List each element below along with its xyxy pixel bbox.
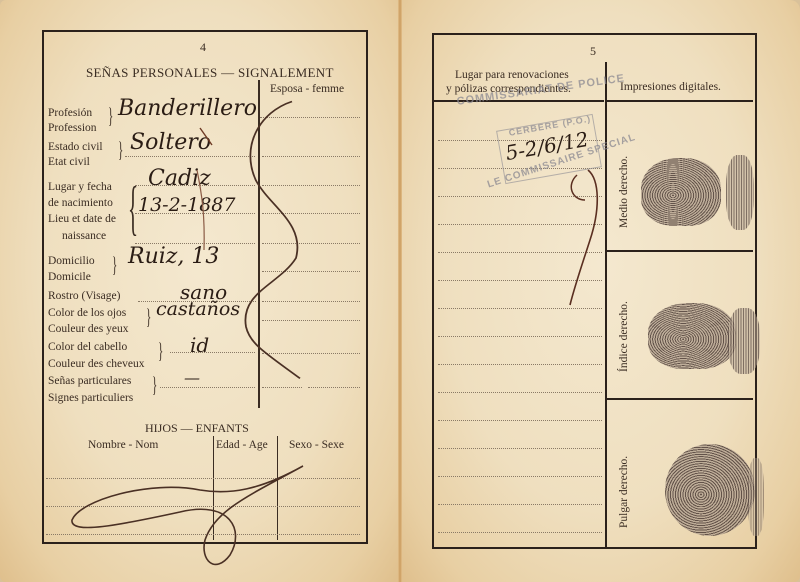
fingerprint-middle-rolled-edge [726,155,754,230]
finger-label-index: Índice derecho. [618,301,630,372]
fingerprint-thumb-rolled-edge [748,458,764,536]
fingerprint-index [648,303,736,369]
fingerprint-thumb [665,444,755,536]
fingerprint-middle [641,158,721,226]
finger-label-middle: Medio derecho. [618,156,630,228]
fingerprint-index-rolled-edge [728,308,760,374]
finger-label-thumb: Pulgar derecho. [618,456,630,528]
